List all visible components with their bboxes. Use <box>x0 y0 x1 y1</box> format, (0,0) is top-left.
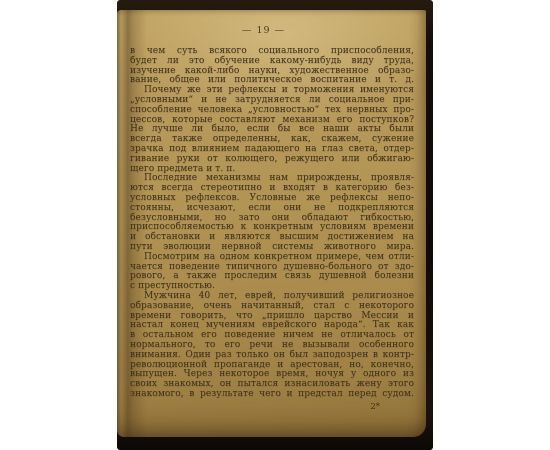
text-line: знакомого, в результате чего и предстал … <box>130 390 414 400</box>
paragraph: Последние механизмы нам прирождены, проя… <box>130 174 414 252</box>
paragraph: Мужчина 40 лет, еврей, получивший религи… <box>130 292 414 400</box>
text-column: в чем суть всякого социального приспособ… <box>117 47 426 400</box>
paragraph: в чем суть всякого социального приспособ… <box>130 47 414 86</box>
paragraph: Посмотрим на одном конкретном примере, ч… <box>130 253 414 292</box>
book-photo: — 19 — в чем суть всякого социального пр… <box>117 0 433 450</box>
signature-mark: 2* <box>117 402 426 412</box>
paragraph: Почему же эти рефлексы и торможения имен… <box>130 86 414 174</box>
book-page: — 19 — в чем суть всякого социального пр… <box>117 10 426 437</box>
photo-backdrop: — 19 — в чем суть всякого социального пр… <box>0 0 550 450</box>
page-number-header: — 19 — <box>117 26 418 36</box>
